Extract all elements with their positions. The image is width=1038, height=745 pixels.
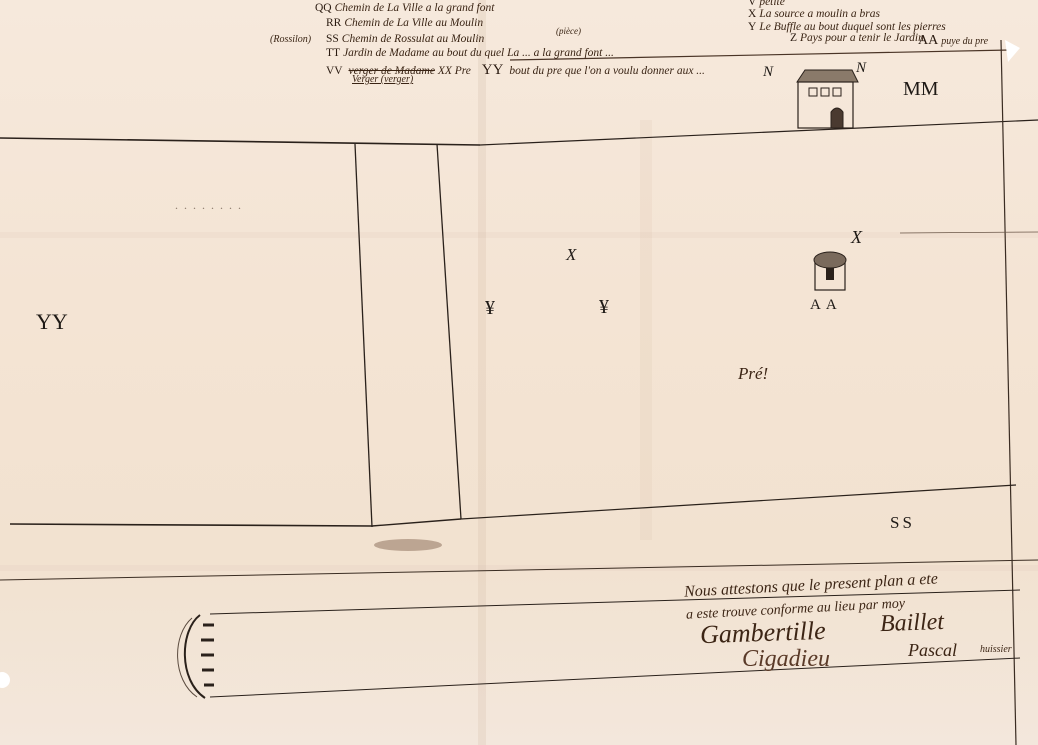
house-marker-n-left: N — [763, 64, 773, 81]
map-sheet: QQChemin de La Ville a la grand font RRC… — [0, 0, 1038, 745]
legend-row-z: ZPays pour a tenir le Jardin — [790, 32, 924, 44]
legend-row-qq: QQChemin de La Ville a la grand font — [315, 2, 494, 14]
legend-superscript: (pièce) — [556, 26, 581, 36]
legend-row-aa: AApuye du pre — [918, 33, 988, 49]
aa-marker: X — [851, 227, 862, 248]
legend-text: puye du pre — [941, 36, 988, 47]
signature-2: Baillet — [880, 609, 945, 638]
legend-row-x: XLa source a moulin a bras — [748, 8, 880, 20]
tree-symbol: ¥ — [599, 296, 609, 319]
yy-label: YY — [36, 309, 68, 335]
faded-text: ........ — [175, 198, 247, 213]
mm-label: MM — [903, 78, 939, 101]
legend-code: TT — [326, 47, 340, 59]
house-marker-n-right: N — [856, 60, 866, 77]
tree-symbol: ¥ — [485, 297, 495, 320]
legend-code: Z — [790, 32, 797, 44]
legend-code: RR — [326, 17, 341, 29]
signature-suffix: huissier — [980, 644, 1012, 655]
signature-4: Pascal — [908, 640, 957, 661]
legend-code: V — [748, 0, 756, 8]
legend-text: Chemin de La Ville a la grand font — [335, 2, 495, 14]
legend-text: petite — [759, 0, 785, 8]
legend-code: X — [748, 8, 756, 20]
x-label: X — [566, 245, 576, 265]
aa-label: AA — [810, 297, 842, 314]
legend-code: QQ — [315, 2, 332, 14]
legend-text: Chemin de Rossulat au Moulin — [342, 33, 484, 45]
ss-label: SS — [890, 513, 915, 533]
signature-3: Cigadieu — [742, 646, 830, 673]
legend-code: YY — [482, 62, 504, 78]
legend-text: Jardin de Madame au bout du quel La — [343, 47, 519, 59]
legend-row-rr: RRChemin de La Ville au Moulin — [326, 17, 483, 29]
legend-inline: XX Pre — [438, 65, 471, 77]
legend-row-tt: TTJardin de Madame au bout du quel La ..… — [326, 47, 614, 59]
legend-text: Chemin de La Ville au Moulin — [344, 17, 483, 29]
legend-row-ss: SSChemin de Rossulat au Moulin — [326, 33, 484, 45]
legend-code: SS — [326, 33, 339, 45]
legend-code: Y — [748, 21, 756, 33]
legend-continuation: bout du pre que l'on a voulu donner aux … — [509, 65, 705, 77]
legend-code: VV — [326, 65, 343, 77]
legend-text: Pays pour a tenir le Jardin — [800, 32, 924, 44]
legend-continuation: ... a la grand font ... — [522, 47, 614, 59]
legend-row-vv-sub: Verger (verger) — [352, 74, 413, 85]
legend-text: La source a moulin a bras — [759, 8, 880, 20]
legend-row-v: Vpetite — [748, 0, 785, 8]
legend-code: AA — [918, 33, 938, 48]
legend-margin-note: (Rossilon) — [270, 34, 311, 45]
pre-label: Pré! — [738, 364, 768, 384]
